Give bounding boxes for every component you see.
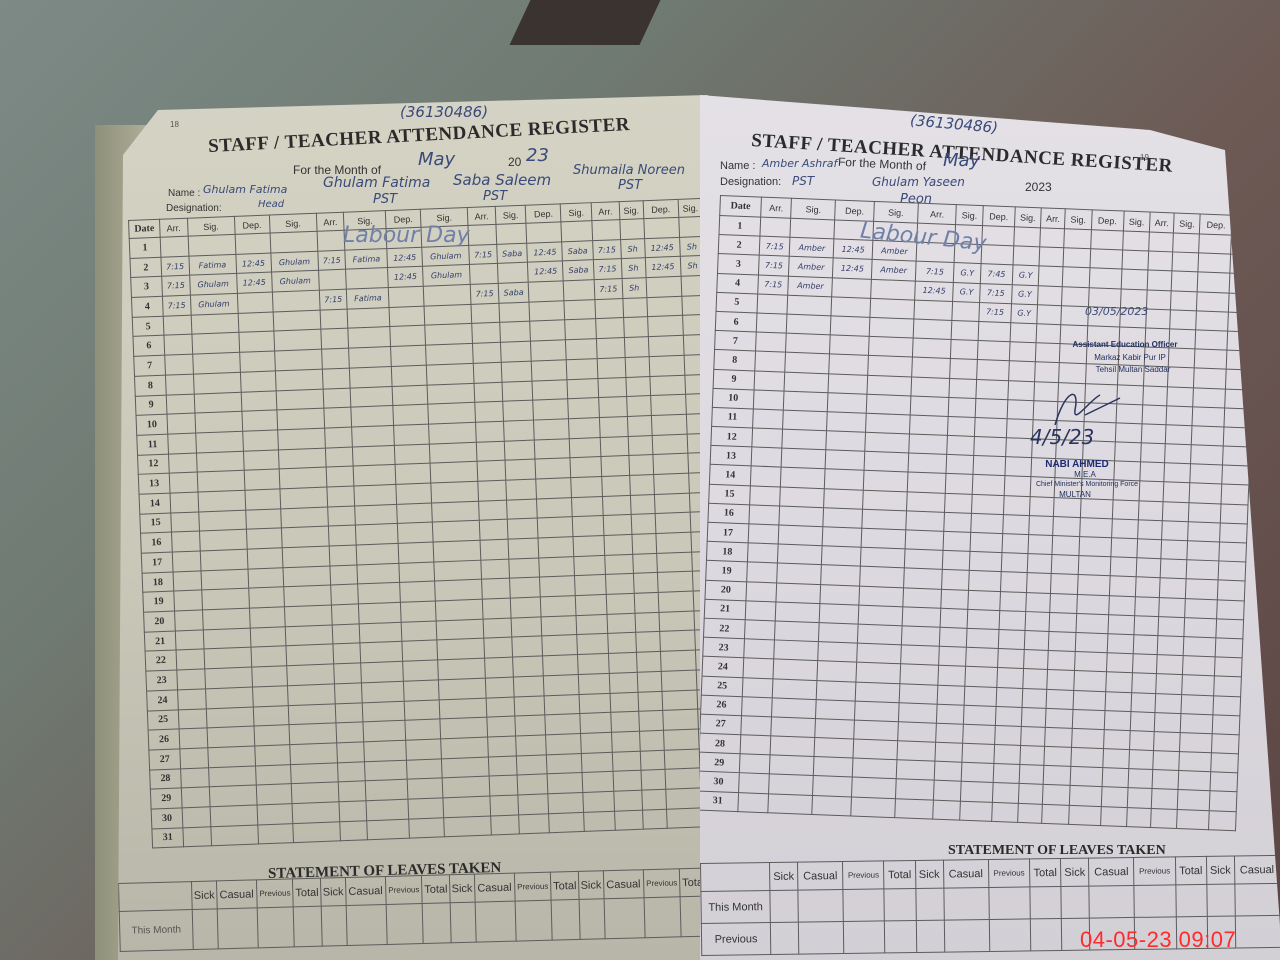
attendance-cell (1068, 805, 1101, 825)
attendance-cell (1062, 267, 1089, 287)
attendance-cell (503, 420, 534, 441)
attendance-cell (1138, 520, 1163, 540)
attendance-cell (435, 580, 483, 601)
attendance-cell (574, 555, 605, 576)
attendance-cell (407, 778, 443, 799)
attendance-cell (943, 551, 970, 571)
attendance-cell (615, 810, 643, 831)
attendance-cell (477, 460, 505, 481)
statement-cell (423, 903, 452, 944)
attendance-cell: 7:15 (593, 259, 621, 280)
date-cell: 19 (143, 591, 175, 612)
attendance-cell (549, 812, 585, 833)
attendance-cell (1051, 574, 1078, 594)
statement-col-header: Sick (1061, 858, 1089, 886)
attendance-cell (496, 223, 527, 244)
attendance-cell (1028, 535, 1053, 555)
attendance-cell (609, 672, 637, 693)
attendance-cell (1023, 669, 1048, 689)
statement-cell (346, 904, 387, 945)
attendance-cell (511, 617, 542, 638)
attendance-cell (1138, 500, 1163, 520)
attendance-cell (349, 347, 391, 368)
attendance-cell (1005, 438, 1032, 458)
attendance-cell (194, 392, 242, 413)
attendance-cell (356, 524, 398, 545)
attendance-cell (855, 682, 900, 703)
attendance-cell (742, 677, 773, 697)
attendance-cell: 7:15 (162, 295, 190, 316)
attendance-cell (1048, 631, 1075, 651)
attendance-cell (1189, 502, 1222, 522)
statement-col-header: Previous (514, 872, 551, 901)
date-header: Date (720, 196, 762, 218)
attendance-cell (1064, 229, 1091, 249)
attendance-cell (532, 360, 568, 381)
attendance-cell (1191, 445, 1224, 465)
attendance-cell (1181, 694, 1214, 714)
attendance-cell (579, 673, 610, 694)
attendance-cell (607, 613, 635, 634)
attendance-cell (545, 714, 581, 735)
attendance-cell (278, 448, 326, 469)
attendance-cell (473, 362, 501, 383)
attendance-cell (1146, 290, 1171, 310)
attendance-cell (486, 677, 514, 698)
attendance-cell (179, 728, 207, 749)
attendance-cell (961, 762, 994, 782)
attendance-cell (1213, 695, 1240, 715)
attendance-cell (760, 217, 791, 237)
statement-col-header: Sick (191, 881, 216, 910)
attendance-cell (1179, 752, 1212, 772)
attendance-cell (1104, 710, 1131, 730)
attendance-cell (394, 444, 430, 465)
attendance-cell (1180, 732, 1213, 752)
attendance-cell (1210, 772, 1237, 792)
statement-cell (915, 888, 943, 920)
attendance-cell (326, 466, 354, 487)
attendance-cell (567, 378, 598, 399)
attendance-cell (1172, 252, 1199, 272)
attendance-cell (744, 620, 775, 640)
attendance-cell (606, 593, 634, 614)
date-cell: 29 (698, 752, 740, 773)
attendance-cell (177, 669, 205, 690)
attendance-cell (163, 315, 191, 336)
statement-col-header: Casual (797, 862, 843, 891)
attendance-cell (239, 331, 275, 352)
attendance-cell (426, 343, 474, 364)
attendance-cell (747, 543, 778, 563)
attendance-cell (832, 277, 871, 298)
attendance-cell (665, 768, 701, 789)
attendance-cell (1216, 619, 1243, 639)
attendance-cell (612, 751, 640, 772)
attendance-cell: Sh (622, 278, 647, 299)
attendance-cell (1143, 385, 1168, 405)
attendance-cell (204, 667, 252, 688)
attendance-cell (1108, 614, 1135, 634)
attendance-cell (509, 558, 540, 579)
attendance-cell (210, 805, 258, 826)
attendance-cell (970, 532, 1003, 552)
attendance-cell (472, 323, 500, 344)
attendance-cell (1133, 654, 1158, 674)
attendance-cell (739, 754, 770, 774)
attendance-cell: Ghulam (422, 245, 470, 266)
attendance-cell (871, 279, 916, 300)
attendance-cell (428, 403, 476, 424)
attendance-cell (506, 479, 537, 500)
attendance-cell (904, 568, 943, 589)
attendance-cell (1076, 594, 1109, 614)
attendance-cell (1214, 676, 1241, 696)
statement-cell (294, 906, 323, 947)
attendance-cell (506, 499, 537, 520)
attendance-cell (858, 605, 903, 626)
col-sig: Sig. (1014, 207, 1041, 228)
statement-cell (217, 908, 258, 949)
attendance-cell (820, 584, 859, 605)
attendance-cell (656, 552, 692, 573)
attendance-cell (239, 351, 275, 372)
attendance-cell (1003, 514, 1030, 534)
attendance-cell (406, 758, 442, 779)
attendance-cell (533, 399, 569, 420)
staff-4-name: Shumaila Noreen (573, 163, 685, 178)
attendance-cell (1162, 521, 1189, 541)
attendance-cell (430, 462, 478, 483)
attendance-cell (366, 799, 408, 820)
attendance-cell (170, 492, 198, 513)
attendance-cell (338, 781, 366, 802)
attendance-cell (245, 508, 281, 529)
attendance-cell (583, 791, 614, 812)
statement-col-header: Sick (915, 860, 943, 888)
attendance-cell (473, 342, 501, 363)
attendance-cell (817, 680, 856, 701)
attendance-cell (1188, 522, 1221, 542)
attendance-cell (290, 743, 338, 764)
attendance-cell (1003, 495, 1030, 515)
attendance-cell (240, 371, 276, 392)
attendance-cell (535, 438, 571, 459)
attendance-cell (632, 553, 657, 574)
attendance-cell (1101, 787, 1128, 807)
stamp-line4: MULTAN (1045, 490, 1105, 500)
statement-cell (770, 890, 798, 922)
attendance-cell (388, 286, 424, 307)
attendance-cell (1106, 653, 1133, 673)
attendance-cell (862, 509, 907, 530)
attendance-cell (997, 668, 1024, 688)
attendance-cell (630, 494, 655, 515)
attendance-cell: 7:15 (594, 279, 622, 300)
attendance-cell: G.Y (1011, 304, 1038, 324)
attendance-cell (566, 339, 597, 360)
attendance-cell (863, 471, 908, 492)
attendance-cell (195, 431, 243, 452)
attendance-cell (1141, 443, 1166, 463)
date-cell: 16 (708, 503, 750, 524)
attendance-cell (1217, 599, 1244, 619)
attendance-cell (402, 640, 438, 661)
date-cell: 4 (131, 296, 163, 317)
attendance-cell (1161, 540, 1188, 560)
attendance-cell (775, 621, 820, 642)
attendance-cell (433, 540, 481, 561)
attendance-cell (1228, 312, 1255, 332)
attendance-cell (504, 440, 535, 461)
attendance-cell (934, 781, 961, 801)
attendance-cell (354, 465, 396, 486)
attendance-cell (500, 341, 531, 362)
attendance-cell (181, 767, 209, 788)
date-cell: 1 (719, 216, 761, 237)
statement-cell (844, 921, 886, 954)
attendance-cell: G.Y (1011, 284, 1038, 304)
attendance-cell (938, 685, 965, 705)
staff-2-designation: PST (373, 192, 397, 207)
statement-col-header: Casual (216, 880, 257, 909)
attendance-cell (992, 783, 1019, 803)
statement-cell (885, 920, 917, 952)
attendance-cell (610, 692, 638, 713)
attendance-cell (1165, 444, 1192, 464)
attendance-cell (532, 379, 568, 400)
attendance-cell (962, 743, 995, 763)
attendance-cell (831, 297, 870, 318)
attendance-cell (365, 760, 407, 781)
attendance-cell (359, 602, 401, 623)
attendance-cell (1184, 617, 1217, 637)
attendance-cell (408, 798, 444, 819)
attendance-cell: 12:45 (527, 242, 563, 263)
attendance-cell (195, 411, 243, 432)
attendance-cell (830, 335, 869, 356)
attendance-cell (942, 570, 969, 590)
attendance-cell (404, 699, 440, 720)
col-sig: Sig. (791, 198, 836, 220)
attendance-cell (286, 644, 334, 665)
attendance-cell (611, 711, 639, 732)
attendance-cell (1186, 579, 1219, 599)
attendance-cell (489, 775, 517, 796)
attendance-cell (507, 518, 538, 539)
date-cell: 30 (151, 808, 183, 829)
attendance-cell (971, 494, 1004, 514)
attendance-cell (348, 327, 390, 348)
attendance-cell (631, 514, 656, 535)
attendance-cell (897, 741, 936, 762)
attendance-cell (355, 504, 397, 525)
attendance-cell (573, 535, 604, 556)
statement-cell (916, 920, 944, 952)
attendance-cell (950, 359, 977, 379)
attendance-cell (499, 302, 530, 323)
attendance-cell (274, 330, 322, 351)
attendance-cell (1142, 405, 1167, 425)
attendance-cell (912, 357, 951, 378)
attendance-cell (625, 356, 650, 377)
statement-col-header: Previous (643, 869, 680, 898)
attendance-cell (389, 306, 425, 327)
attendance-cell (819, 623, 858, 644)
col-dep: Dep. (643, 199, 679, 218)
attendance-cell (853, 739, 898, 760)
right-page: (36130486) 19 STAFF / TEACHER ATTENDANCE… (700, 95, 1280, 960)
attendance-cell (596, 338, 624, 359)
attendance-cell (175, 630, 203, 651)
attendance-cell (1008, 361, 1035, 381)
attendance-cell (442, 776, 490, 797)
attendance-cell (171, 512, 199, 533)
attendance-cell (785, 352, 830, 373)
attendance-cell (949, 378, 976, 398)
attendance-cell: Amber (789, 257, 834, 278)
attendance-cell (188, 234, 236, 255)
attendance-cell (812, 795, 851, 816)
attendance-cell (823, 527, 862, 548)
attendance-cell (1111, 538, 1138, 558)
attendance-cell (753, 409, 784, 429)
attendance-cell (367, 819, 409, 840)
attendance-cell (747, 562, 778, 582)
attendance-cell (289, 723, 337, 744)
attendance-cell: 12:45 (833, 258, 872, 279)
statement-cell (604, 898, 645, 939)
attendance-cell (967, 609, 1000, 629)
attendance-cell (831, 316, 870, 337)
attendance-cell (531, 340, 567, 361)
attendance-cell (337, 761, 365, 782)
attendance-cell (399, 562, 435, 583)
attendance-cell (976, 360, 1009, 380)
attendance-cell (272, 290, 320, 311)
attendance-cell (564, 299, 595, 320)
attendance-cell (256, 784, 292, 805)
attendance-cell (1223, 446, 1250, 466)
attendance-cell (1148, 251, 1173, 271)
statement-col-header: Sick (1206, 856, 1234, 884)
row-label-this-month: This Month (701, 891, 770, 924)
attendance-cell (635, 632, 660, 653)
attendance-cell (865, 413, 910, 434)
attendance-cell (198, 510, 246, 531)
attendance-cell (509, 577, 540, 598)
attendance-cell (612, 731, 640, 752)
attendance-cell (741, 716, 772, 736)
attendance-cell (325, 447, 353, 468)
attendance-cell (652, 434, 688, 455)
statement-cell (798, 922, 844, 955)
attendance-cell (1182, 675, 1215, 695)
attendance-cell (253, 705, 289, 726)
statement-col-header: Casual (474, 873, 515, 902)
attendance-cell (1198, 272, 1231, 292)
col-sig: Sig. (1123, 211, 1150, 232)
attendance-cell (357, 563, 399, 584)
attendance-cell (1156, 674, 1183, 694)
attendance-cell (824, 488, 863, 509)
attendance-cell (394, 424, 430, 445)
attendance-cell (285, 625, 333, 646)
attendance-cell (172, 531, 200, 552)
attendance-cell (821, 565, 860, 586)
month-value: May (418, 149, 455, 170)
attendance-cell (425, 324, 473, 345)
attendance-cell (330, 565, 358, 586)
attendance-cell: 7:15 (161, 256, 189, 277)
attendance-cell (898, 722, 937, 743)
attendance-cell (851, 777, 896, 798)
attendance-cell (317, 230, 345, 251)
attendance-cell (828, 392, 867, 413)
attendance-cell (653, 453, 689, 474)
attendance-cell (392, 385, 428, 406)
attendance-cell (270, 231, 318, 252)
date-cell: 8 (714, 350, 756, 371)
attendance-cell (1102, 749, 1129, 769)
attendance-cell: 7:15 (470, 283, 498, 304)
attendance-cell (279, 467, 327, 488)
attendance-cell (948, 416, 975, 436)
statement-cell (579, 899, 605, 940)
attendance-cell (366, 779, 408, 800)
attendance-cell (935, 742, 962, 762)
attendance-cell: Saba (498, 282, 529, 303)
attendance-cell (1074, 652, 1107, 672)
attendance-cell (744, 639, 775, 659)
attendance-cell (323, 388, 351, 409)
statement-cell (257, 907, 295, 948)
attendance-cell (996, 687, 1023, 707)
attendance-cell: 7:15 (759, 236, 790, 256)
date-cell: 3 (131, 277, 163, 298)
attendance-cell (321, 329, 349, 350)
attendance-cell (541, 615, 577, 636)
statement-cell (1089, 885, 1135, 918)
attendance-cell (436, 619, 484, 640)
attendance-cell (1000, 591, 1027, 611)
attendance-cell (173, 571, 201, 592)
attendance-cell (1021, 726, 1046, 746)
designation-label: Designation: (166, 203, 222, 214)
attendance-cell (547, 773, 583, 794)
attendance-cell: 12:45 (236, 272, 272, 293)
attendance-cell (1170, 290, 1197, 310)
attendance-cell (293, 821, 341, 842)
attendance-cell (468, 224, 496, 245)
attendance-cell (659, 630, 695, 651)
col-sig: Sig. (187, 216, 235, 236)
attendance-cell (536, 478, 572, 499)
attendance-cell (813, 776, 852, 797)
attendance-cell (1229, 293, 1256, 313)
attendance-cell (257, 804, 293, 825)
statement-cell (192, 909, 218, 950)
attendance-cell (1103, 730, 1130, 750)
attendance-cell: 12:45 (645, 257, 681, 278)
attendance-cell: Ghulam (190, 293, 238, 314)
attendance-cell (332, 624, 360, 645)
attendance-cell (1151, 789, 1178, 809)
attendance-cell (243, 449, 279, 470)
statement-cell (798, 890, 844, 923)
attendance-cell (903, 587, 942, 608)
attendance-cell (909, 415, 948, 436)
